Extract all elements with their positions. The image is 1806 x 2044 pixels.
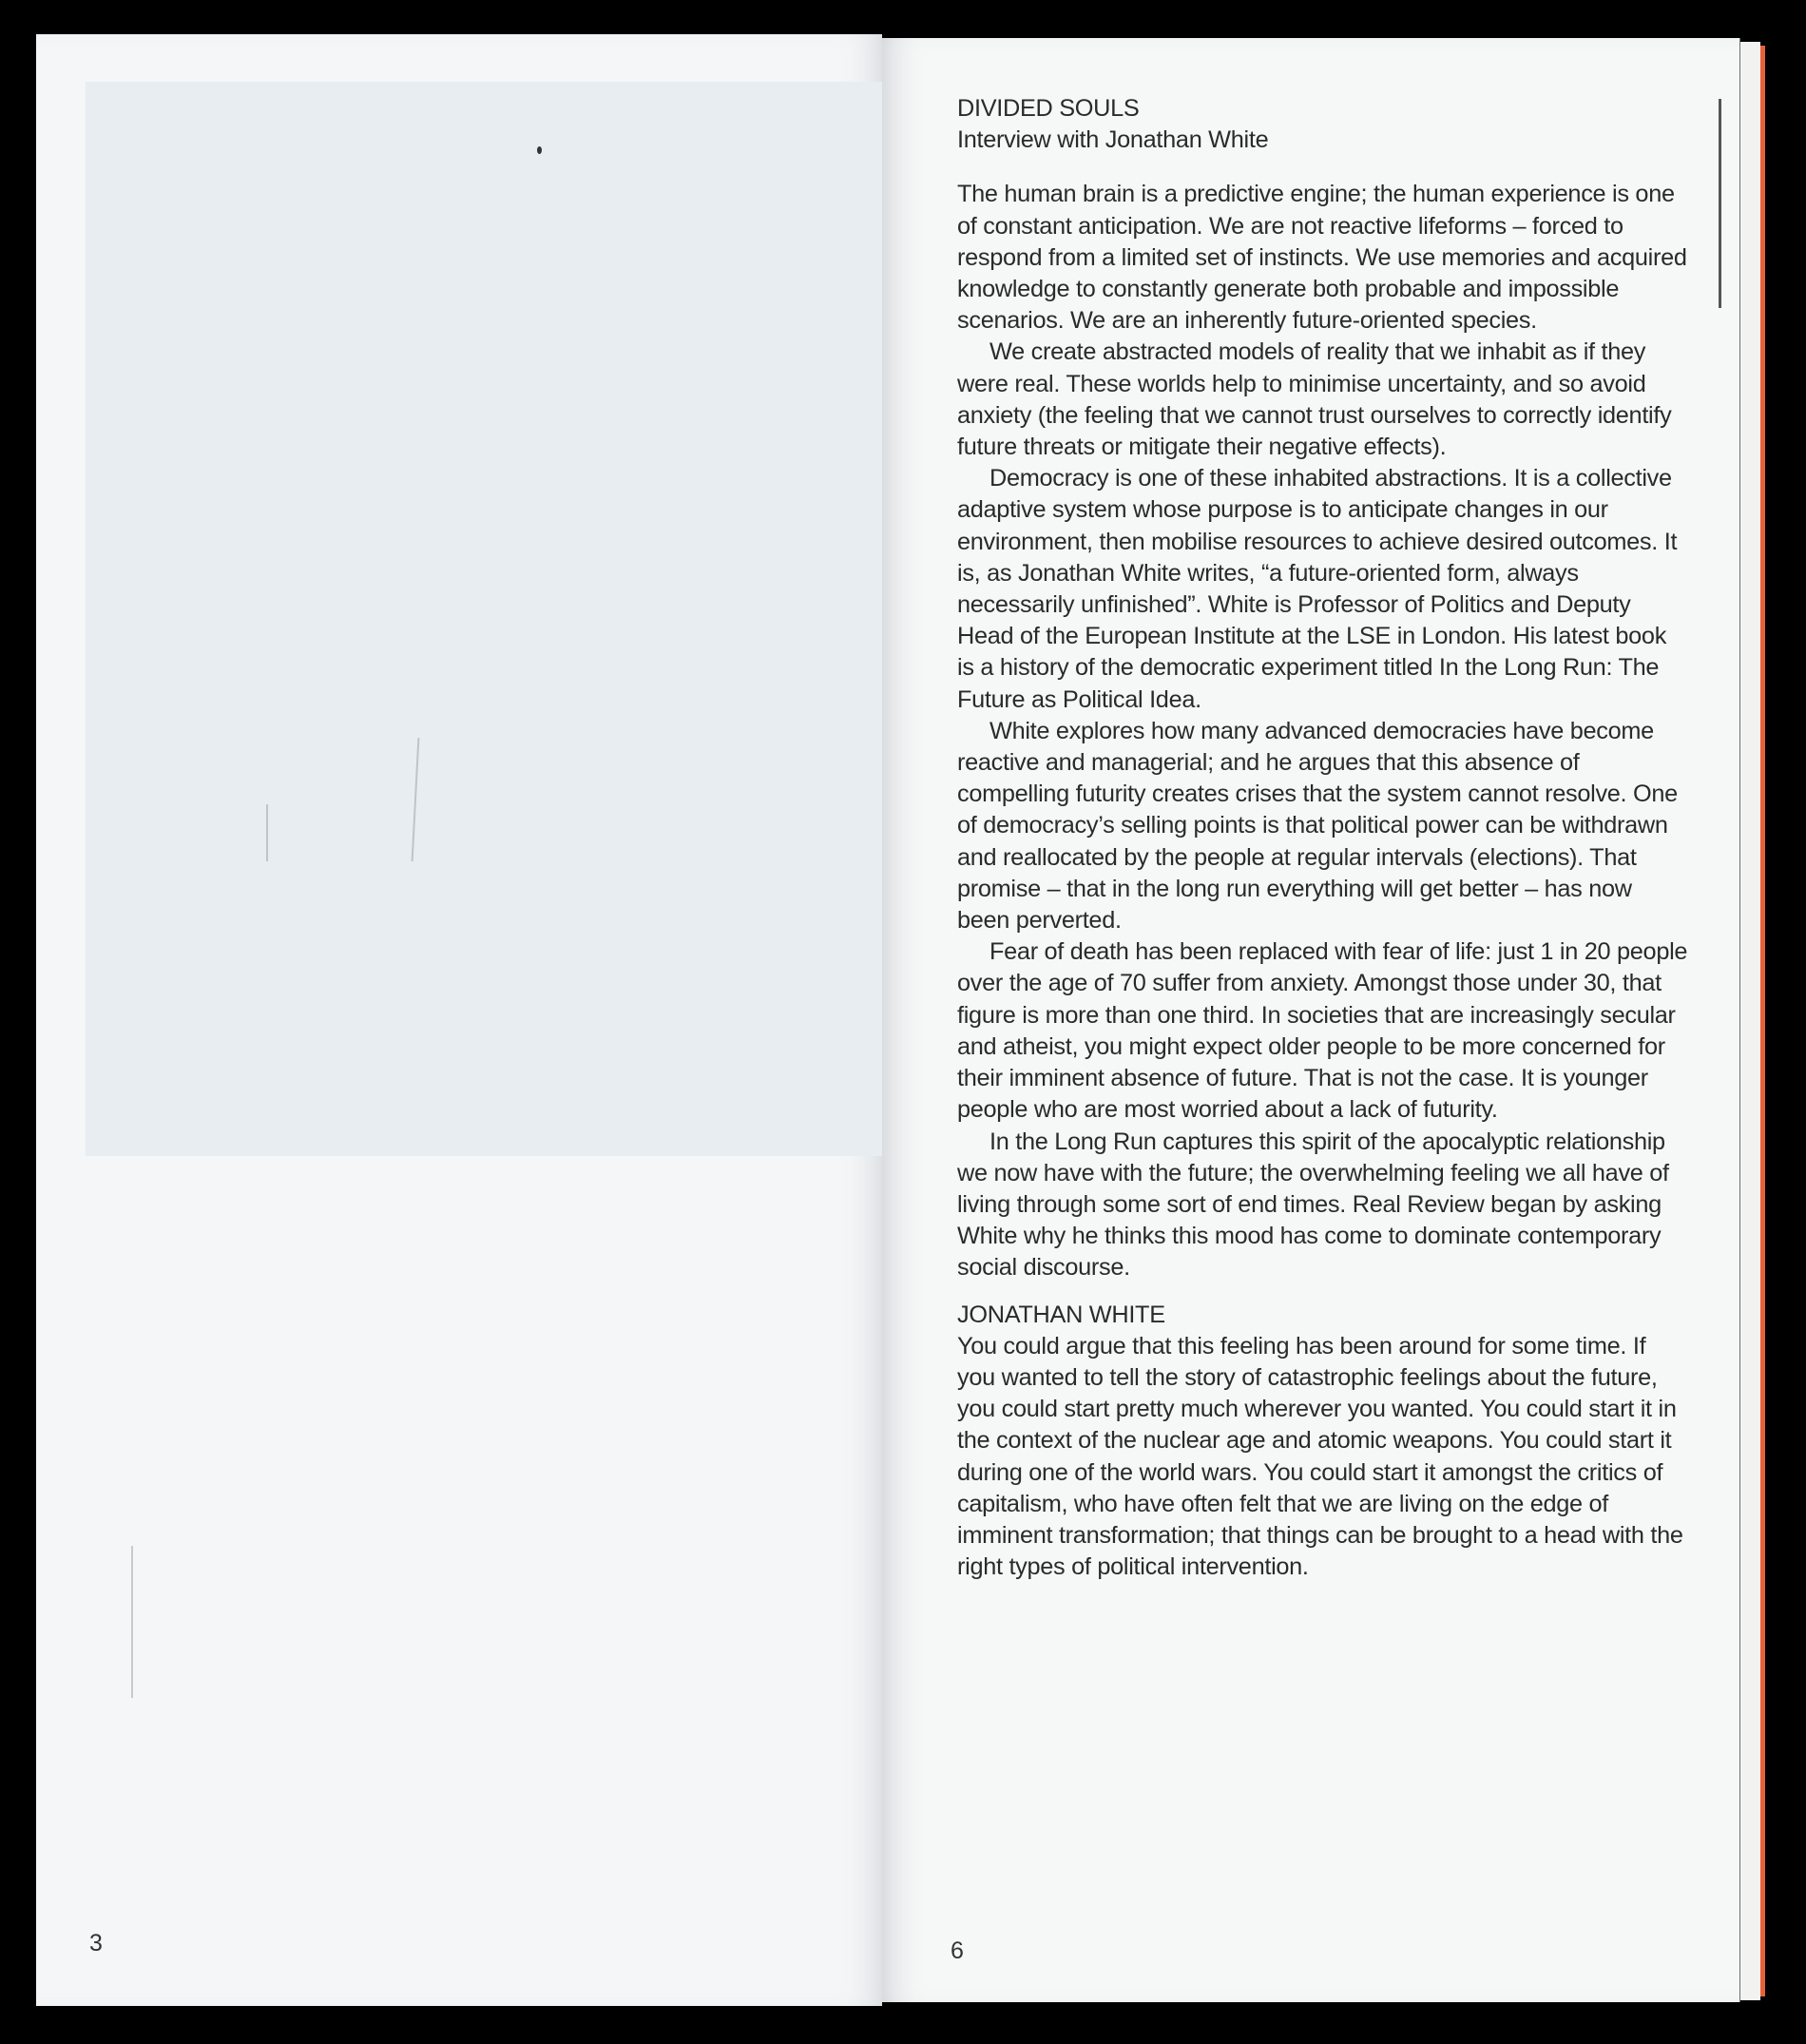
page-number-right: 6 (951, 1938, 964, 1965)
speaker-name: JONATHAN WHITE (957, 1300, 1689, 1331)
ink-speck (537, 146, 542, 154)
page-edge-mark (1719, 99, 1721, 308)
paper-scratch (131, 1546, 133, 1698)
article: DIVIDED SOULS Interview with Jonathan Wh… (957, 93, 1689, 1583)
left-page: 3 (36, 34, 882, 2006)
article-title: DIVIDED SOULS (957, 93, 1689, 125)
article-paragraph: The human brain is a predictive engine; … (957, 179, 1689, 337)
article-subtitle: Interview with Jonathan White (957, 125, 1689, 156)
article-paragraph: White explores how many advanced democra… (957, 716, 1689, 936)
article-paragraph: Fear of death has been replaced with fea… (957, 936, 1689, 1126)
article-paragraph: Democracy is one of these inhabited abst… (957, 463, 1689, 716)
article-paragraph: We create abstracted models of reality t… (957, 337, 1689, 463)
paper-scratch (266, 804, 268, 861)
interview-answer: You could argue that this feeling has be… (957, 1331, 1689, 1584)
article-paragraph: In the Long Run captures this spirit of … (957, 1127, 1689, 1284)
left-page-tinted-panel (86, 82, 882, 1156)
page-number-left: 3 (89, 1930, 103, 1957)
